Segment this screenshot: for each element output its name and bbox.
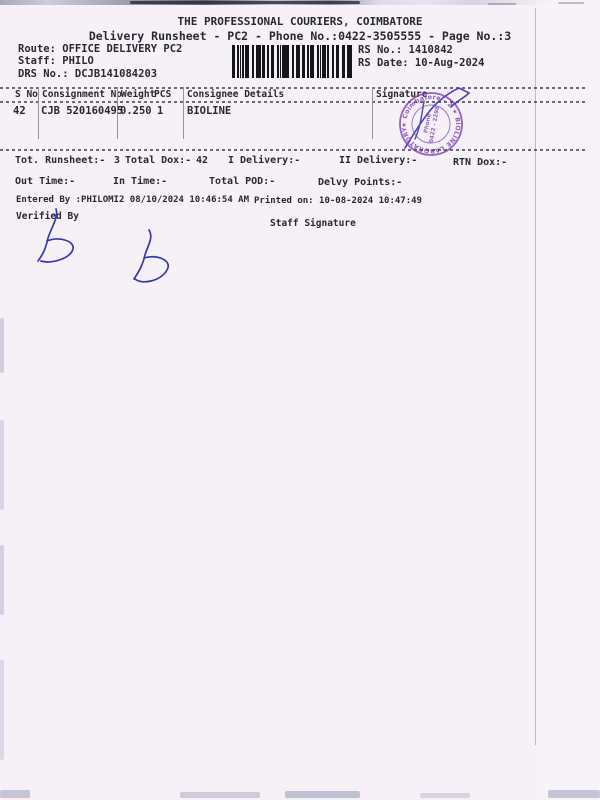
row-sno: 42	[13, 106, 26, 118]
page-title: THE PROFESSIONAL COURIERS, COIMBATORE	[0, 16, 600, 28]
scan-artifact	[0, 420, 4, 510]
col-header-consignment: Consignment No	[42, 90, 122, 100]
scan-artifact	[285, 791, 360, 798]
paper-edge-line	[535, 8, 536, 745]
staff-line: Staff: PHILO	[18, 56, 94, 68]
col-header-weight: Weight	[121, 90, 155, 100]
delvy-points-label: Delvy Points:-	[318, 177, 402, 188]
scanned-delivery-runsheet: THE PROFESSIONAL COURIERS, COIMBATORE De…	[0, 0, 600, 800]
col-header-consignee: Consignee Details	[187, 90, 284, 100]
scan-artifact	[0, 318, 4, 373]
scan-artifact	[558, 2, 584, 4]
scan-artifact	[180, 792, 260, 798]
rs-date-line: RS Date: 10-Aug-2024	[358, 58, 484, 70]
rtn-dox-label: RTN Dox:-	[453, 157, 507, 168]
handwritten-signatures	[18, 203, 218, 303]
scan-artifact	[0, 790, 30, 798]
rs-no-line: RS No.: 1410842	[358, 45, 453, 57]
rs-date-value: 10-Aug-2024	[415, 57, 485, 69]
total-pod-label: Total POD:-	[209, 176, 275, 187]
row-consignee: BIOLINE	[187, 106, 231, 118]
col-header-sno: S No	[15, 90, 38, 100]
scan-artifact	[130, 1, 360, 4]
tot-runsheet-label: Tot. Runsheet:-	[15, 155, 105, 166]
total-dox-value: 42	[196, 155, 208, 166]
second-signature	[134, 230, 168, 282]
staff-value: PHILO	[62, 55, 94, 67]
table-bottom-rule	[0, 149, 586, 151]
drs-label: DRS No.:	[18, 68, 69, 80]
scan-artifact	[0, 660, 4, 760]
staff-label: Staff:	[18, 55, 56, 67]
page-subtitle: Delivery Runsheet - PC2 - Phone No.:0422…	[0, 30, 600, 43]
scan-artifact	[420, 793, 470, 798]
i-delivery-label: I Delivery:-	[228, 155, 300, 166]
staff-signature-label: Staff Signature	[270, 219, 356, 229]
table-header-rule	[0, 101, 586, 103]
printed-on-line: Printed on: 10-08-2024 10:47:49	[254, 197, 422, 207]
table-column-line	[38, 87, 39, 139]
rs-no-value: 1410842	[409, 44, 453, 56]
route-value: OFFICE DELIVERY PC2	[62, 43, 182, 55]
row-pcs: 1	[157, 106, 163, 118]
out-time-label: Out Time:-	[15, 176, 75, 187]
tot-runsheet-value: 3	[114, 155, 120, 166]
table-column-line	[372, 87, 373, 139]
table-column-line	[183, 87, 184, 139]
drs-line: DRS No.: DCJB141084203	[18, 69, 157, 81]
rs-no-label: RS No.:	[358, 44, 402, 56]
verified-by-signature	[38, 209, 73, 262]
row-weight: 0.250	[120, 106, 152, 118]
in-time-label: In Time:-	[113, 176, 167, 187]
runsheet-barcode	[232, 45, 352, 78]
scan-artifact	[548, 790, 600, 798]
route-line: Route: OFFICE DELIVERY PC2	[18, 44, 182, 56]
drs-value: DCJB141084203	[75, 68, 157, 80]
row-consignment: CJB 520160495	[41, 106, 123, 118]
total-dox-label: Total Dox:-	[125, 155, 191, 166]
scan-margin-area	[536, 0, 600, 800]
ii-delivery-label: II Delivery:-	[339, 155, 417, 166]
col-header-pcs: PCS	[154, 90, 171, 100]
scan-artifact	[488, 3, 516, 5]
scan-artifact	[0, 545, 4, 615]
route-label: Route:	[18, 43, 56, 55]
rs-date-label: RS Date:	[358, 57, 409, 69]
